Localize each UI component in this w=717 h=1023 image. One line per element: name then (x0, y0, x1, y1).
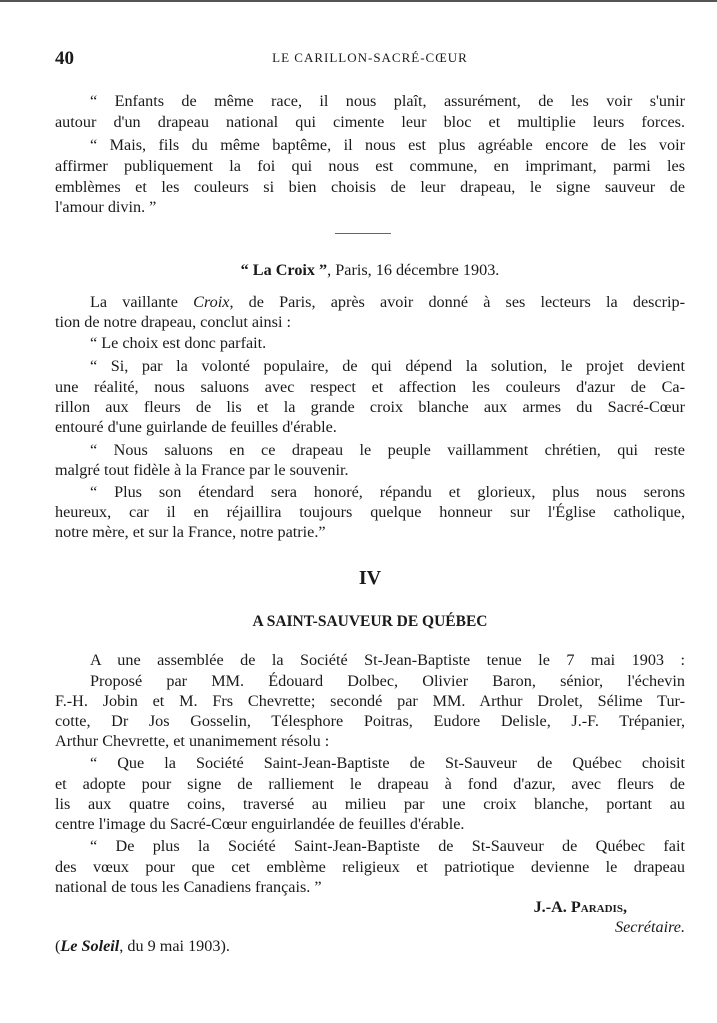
text-line: emblèmes et les couleurs si bien choisis… (55, 177, 685, 197)
text-line: malgré tout fidèle à la France par le so… (55, 460, 685, 480)
running-title: LE CARILLON-SACRÉ-CŒUR (55, 50, 685, 66)
source-heading-title: “ La Croix ” (241, 261, 328, 279)
text-span: , de Paris, après avoir donné à ses lect… (229, 293, 685, 311)
text-line: heureux, car il en réjaillira toujours q… (55, 502, 685, 522)
top-border (0, 0, 717, 2)
italic-source: Le Soleil (60, 937, 119, 955)
text-line: “ Enfants de même race, il nous plaît, a… (55, 91, 685, 111)
text-line: une réalité, nous saluons avec respect e… (55, 377, 685, 397)
italic-title: Croix (193, 293, 229, 311)
text-line: La vaillante Croix, de Paris, après avoi… (55, 292, 685, 312)
text-span: , du 9 mai 1903). (119, 937, 230, 955)
source-heading-date: , Paris, 16 décembre 1903. (327, 261, 499, 279)
source-heading: “ La Croix ”, Paris, 16 décembre 1903. (55, 260, 685, 280)
text-line: l'amour divin. ” (55, 197, 685, 217)
section-title: A SAINT-SAUVEUR DE QUÉBEC (55, 612, 685, 632)
signature-title: Secrétaire. (55, 917, 685, 937)
text-line: “ Nous saluons en ce drapeau le peuple v… (55, 440, 685, 460)
section-number: IV (55, 568, 685, 588)
text-line: A une assemblée de la Société St-Jean-Ba… (55, 650, 685, 670)
text-line: tion de notre drapeau, conclut ainsi : (55, 312, 685, 332)
text-line: cotte, Dr Jos Gosselin, Télesphore Poitr… (55, 711, 685, 731)
text-line: rillon aux fleurs de lis et la grande cr… (55, 397, 685, 417)
source-citation: (Le Soleil, du 9 mai 1903). (55, 936, 685, 956)
text-line: Arthur Chevrette, et unanimement résolu … (55, 731, 685, 751)
signature-name-text: J.-A. Paradis, (534, 898, 627, 916)
text-line: notre mère, et sur la France, notre patr… (55, 522, 685, 542)
text-line: entouré d'une guirlande de feuilles d'ér… (55, 417, 685, 437)
text-line: autour d'un drapeau national qui cimente… (55, 112, 685, 132)
text-line: Proposé par MM. Édouard Dolbec, Olivier … (55, 671, 685, 691)
signature-name: J.-A. Paradis, (55, 897, 685, 917)
text-line: “ De plus la Société Saint-Jean-Baptiste… (55, 836, 685, 856)
text-line: “ Le choix est donc parfait. (55, 333, 685, 353)
text-line: affirmer publiquement la foi qui nous es… (55, 156, 685, 176)
text-line: “ Mais, fils du même baptême, il nous es… (55, 135, 685, 155)
text-line: “ Que la Société Saint-Jean-Baptiste de … (55, 753, 685, 773)
text-line: et adopte pour signe de ralliement le dr… (55, 774, 685, 794)
text-span: La vaillante (90, 293, 193, 311)
text-line: F.-H. Jobin et M. Frs Chevrette; secondé… (55, 691, 685, 711)
text-line: des vœux pour que cet emblème religieux … (55, 857, 685, 877)
text-line: national de tous les Canadiens français.… (55, 877, 685, 897)
text-line: “ Si, par la volonté populaire, de qui d… (55, 356, 685, 376)
text-line: centre l'image du Sacré-Cœur enguirlandé… (55, 814, 685, 834)
separator-rule (335, 233, 391, 234)
page-header: 40 LE CARILLON-SACRÉ-CŒUR (55, 48, 685, 70)
text-line: lis aux quatre coins, traversé au milieu… (55, 794, 685, 814)
text-line: “ Plus son étendard sera honoré, répandu… (55, 482, 685, 502)
